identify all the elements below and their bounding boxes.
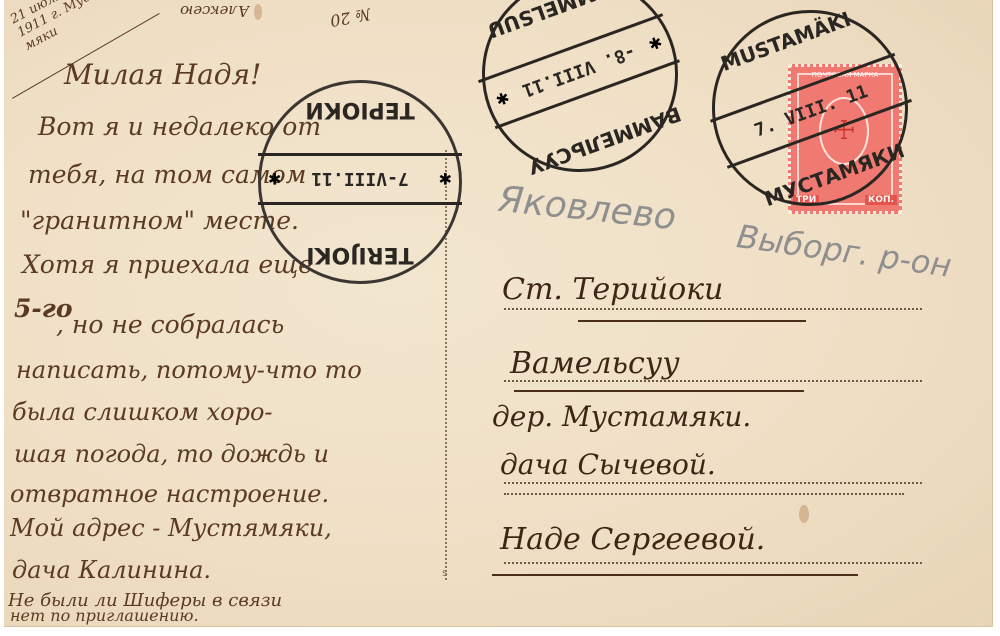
address-line xyxy=(504,493,904,495)
message-line: шая погода, то дождь и xyxy=(14,440,329,468)
stamp-value-right: КОП. xyxy=(865,195,897,205)
postmark-terijoki: TERIJOKI ✱ 7-VIII.11 ✱ ТЕРІОКИ xyxy=(258,80,462,284)
address-line xyxy=(504,562,922,564)
address-line xyxy=(504,482,922,484)
message-line: "гранитном" месте. xyxy=(20,206,299,235)
top-mark: № 20 xyxy=(329,5,372,31)
address-line xyxy=(504,308,922,310)
address-underline xyxy=(492,574,858,576)
postmark-vammelsuu: ВАММЕЛЬСУУ ✱ -8. VIII.11 ✱ VAMMELSUU xyxy=(454,0,705,200)
address-underline xyxy=(514,390,804,392)
address-dacha: дача Сычевой. xyxy=(500,448,716,481)
postmark-top-text: TERIJOKI xyxy=(261,242,459,267)
address-station: Ст. Терийоки xyxy=(502,272,723,307)
address-town: Вамельсуу xyxy=(510,346,680,381)
postmark-date: 7. VIII. 11 xyxy=(751,81,870,142)
message-line: Мой адрес - Мустямяки, xyxy=(10,514,332,542)
message-line: , но не собралась xyxy=(56,310,284,339)
pencil-note: Выборг. р-он xyxy=(734,217,954,285)
postmark-date: 7-VIII.11 xyxy=(311,169,409,190)
address-underline xyxy=(578,320,806,322)
message-line: была слишком хоро- xyxy=(12,398,273,426)
postmark-star-icon: ✱ xyxy=(268,170,281,189)
message-greeting: Милая Надя! xyxy=(64,58,261,91)
message-line: дача Калинина. xyxy=(12,556,211,584)
address-recipient: Наде Сергеевой. xyxy=(500,522,765,557)
postmark-star-icon: ✱ xyxy=(439,170,452,189)
top-note: Алексею xyxy=(180,2,249,20)
postmark-date: -8. VIII.11 xyxy=(519,41,638,102)
pencil-note: Яковлево xyxy=(496,179,678,238)
postmark-star-icon: ✱ xyxy=(493,88,512,110)
postmark-bottom-text: ТЕРІОКИ xyxy=(261,97,459,122)
postmark-star-icon: ✱ xyxy=(646,32,665,54)
stain xyxy=(254,4,262,20)
message-line: отвратное настроение. xyxy=(10,480,329,508)
message-line: нет по приглашению. xyxy=(10,606,199,625)
message-line: написать, потому-что то xyxy=(16,356,362,384)
postmark-date-band: ✱ 7-VIII.11 ✱ xyxy=(258,153,462,205)
address-village: дер. Мустамяки. xyxy=(492,400,751,433)
stain xyxy=(799,505,809,523)
postcard: 21 июля 1911 г. Муста- мяки Алексею № 20… xyxy=(4,0,993,627)
